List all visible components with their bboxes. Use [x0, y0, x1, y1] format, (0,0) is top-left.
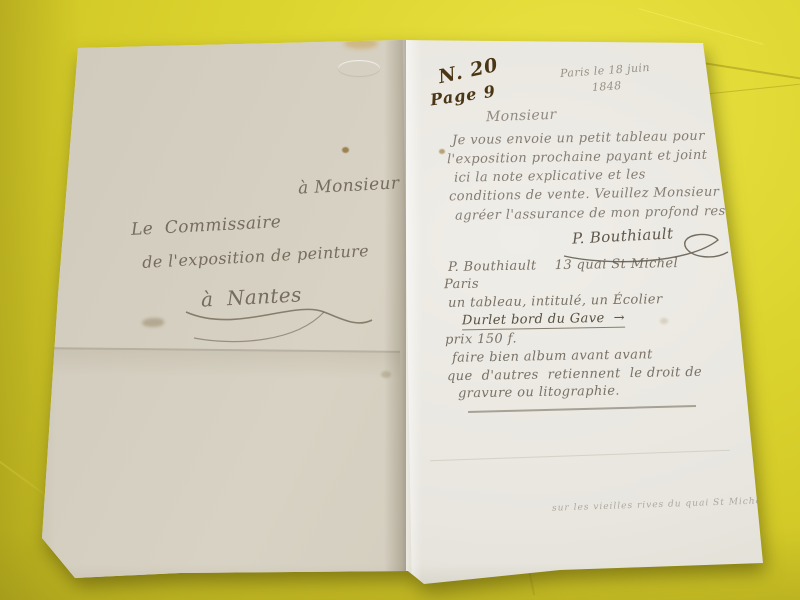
- salutation: Monsieur: [486, 107, 557, 125]
- blind-stamp-emboss: [338, 60, 380, 76]
- postscript-line: prix 150 f.: [445, 331, 517, 347]
- letter-paper-shadow: à Monsieur Le Commissaire de l'expositio…: [0, 0, 800, 600]
- photo-stage: à Monsieur Le Commissaire de l'expositio…: [0, 0, 800, 600]
- center-fold-highlight: [406, 0, 422, 600]
- horizontal-fold-shading: [44, 349, 400, 379]
- letter-paper: à Monsieur Le Commissaire de l'expositio…: [0, 0, 800, 600]
- postscript-line: Paris: [444, 277, 479, 293]
- center-fold-shadow: [384, 0, 406, 600]
- postscript-line: gravure ou litographie.: [458, 384, 620, 402]
- dateline-year: 1848: [592, 79, 622, 94]
- postscript-line-underlined: Durlet bord du Gave →: [462, 311, 625, 331]
